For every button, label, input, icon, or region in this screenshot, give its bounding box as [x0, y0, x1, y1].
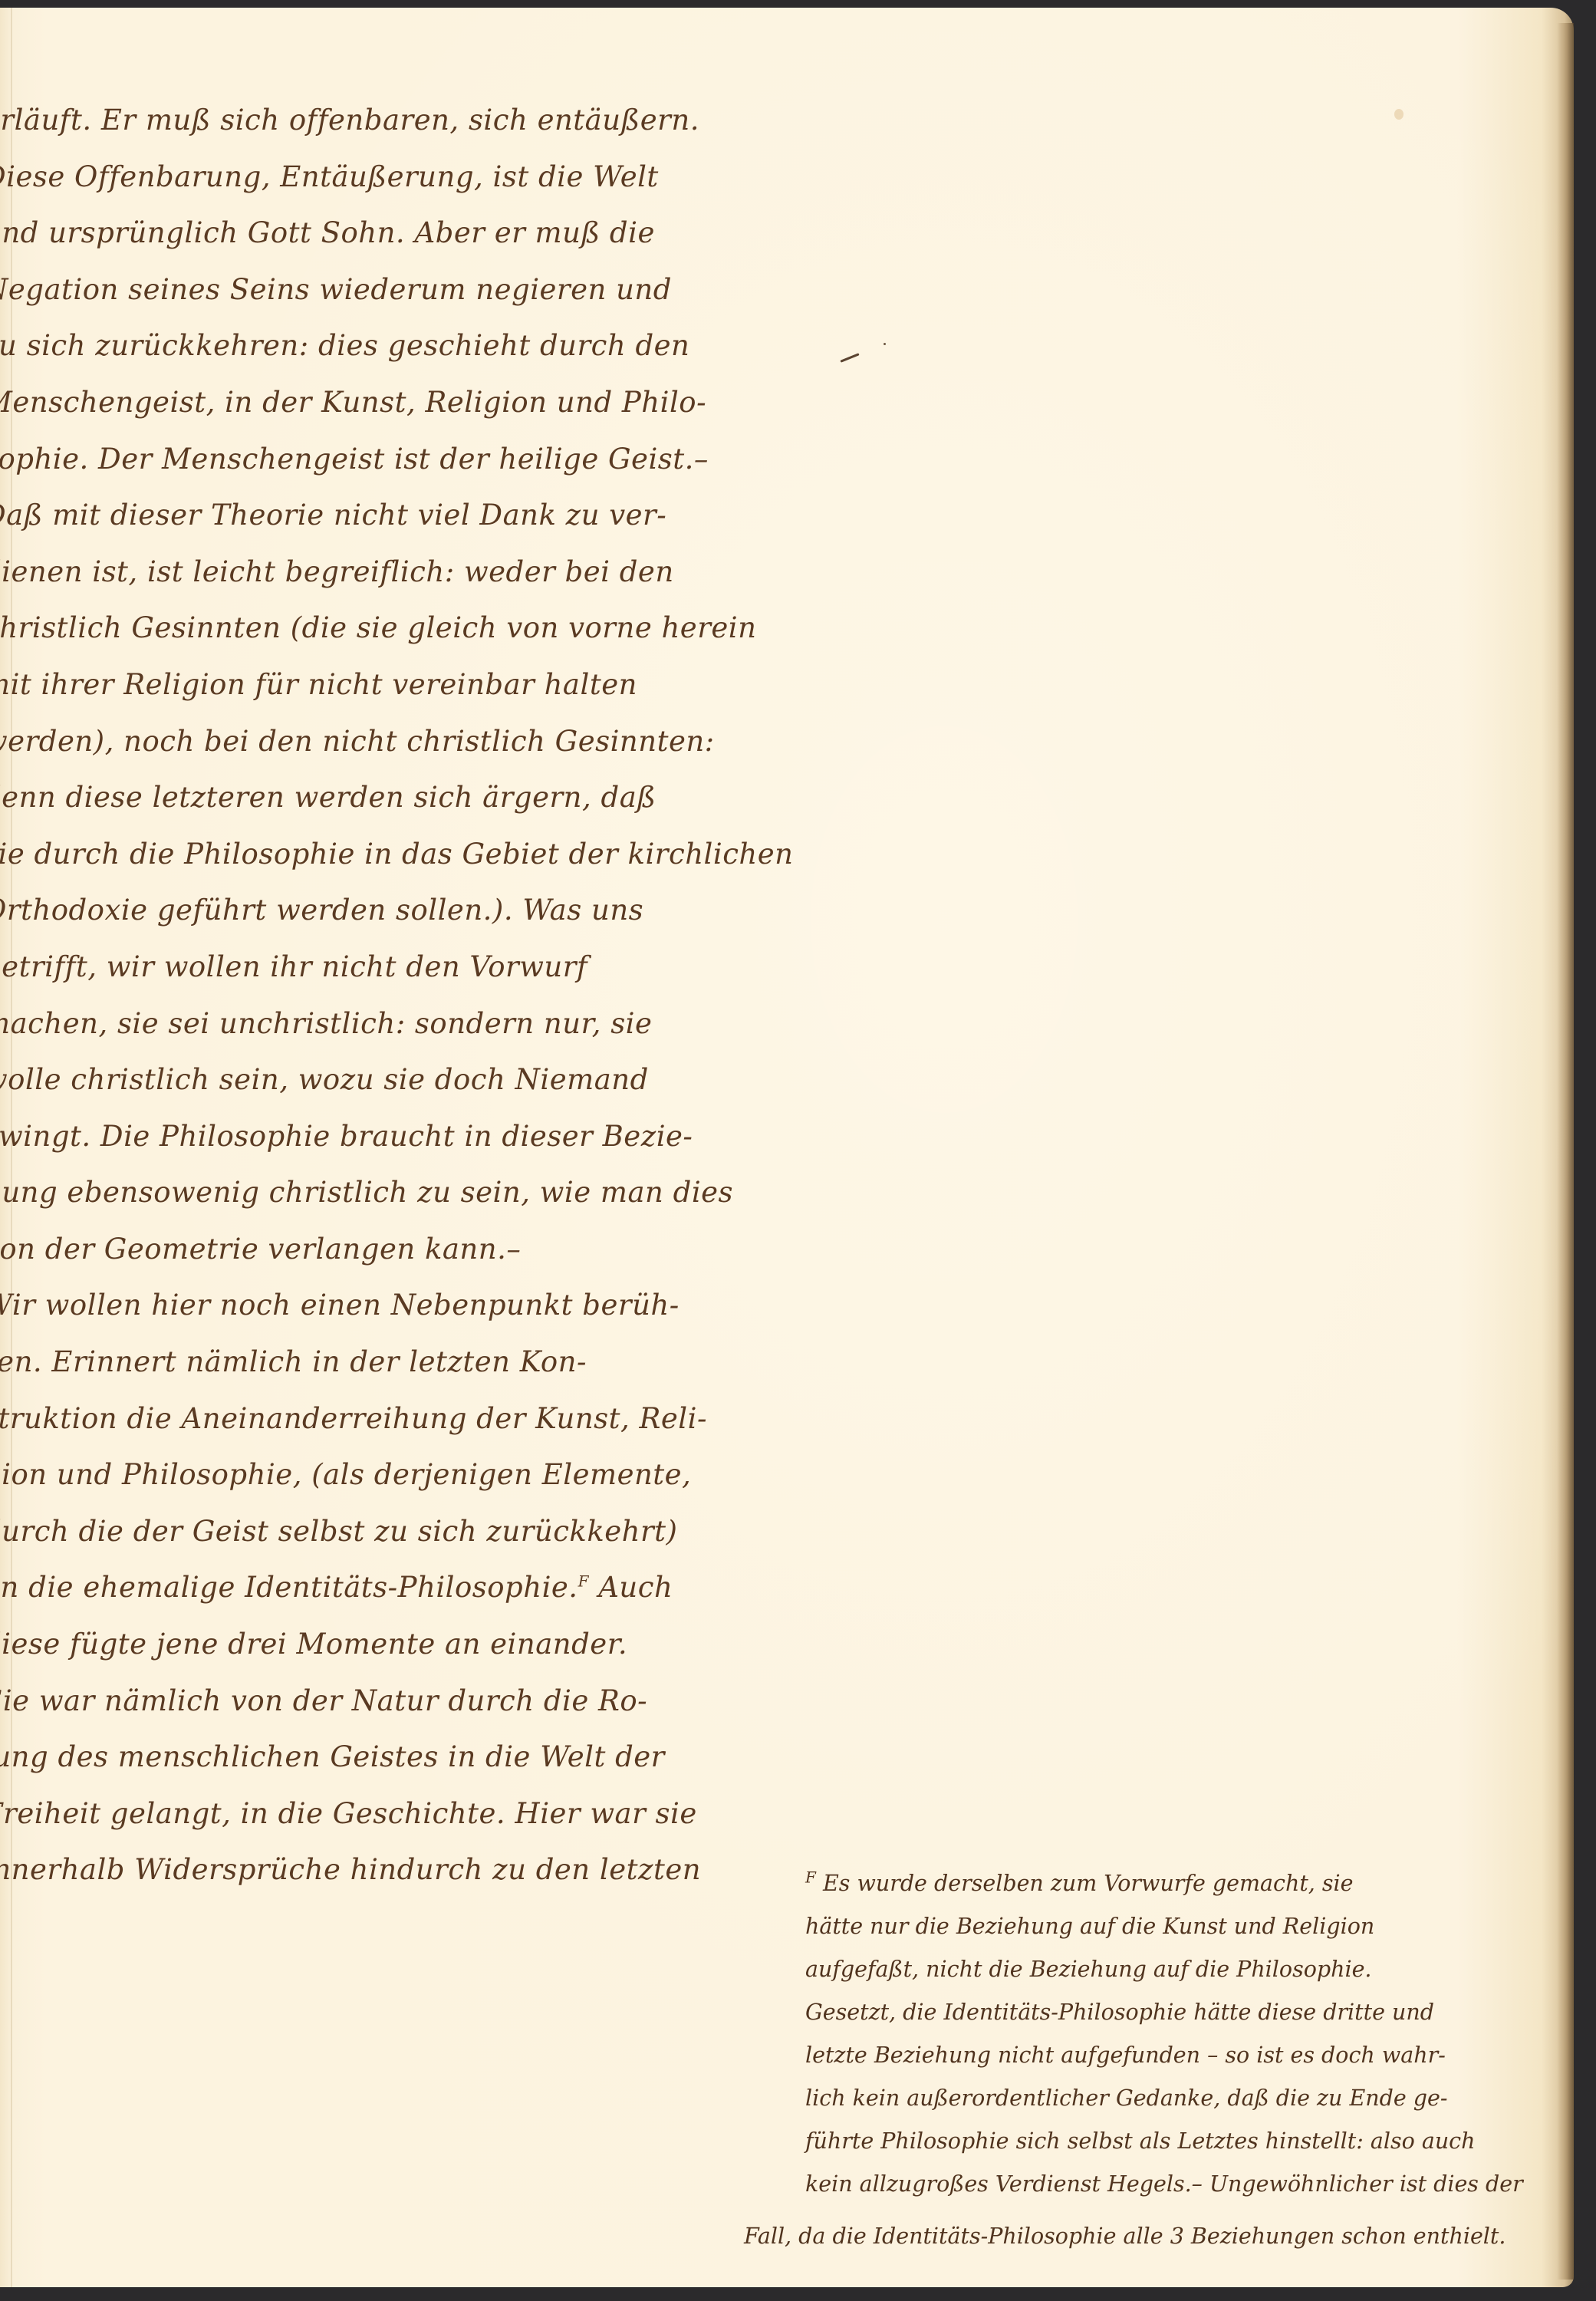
text-line: dienen ist, ist leicht begreiflich: wede…: [0, 544, 842, 601]
text-line: Orthodoxie geführt werden sollen.). Was …: [0, 882, 842, 939]
stray-ink-dot: [884, 343, 886, 345]
foxing-stain: [1394, 109, 1403, 120]
text-line: sophie. Der Menschengeist ist der heilig…: [0, 431, 842, 488]
footnote-line: Gesetzt, die Identitäts-Philosophie hätt…: [805, 1991, 1565, 2034]
text-line: christlich Gesinnten (die sie gleich von…: [0, 600, 842, 657]
footnote-line: lich kein außerordentlicher Gedanke, daß…: [805, 2077, 1565, 2120]
text-line: sie durch die Philosophie in das Gebiet …: [0, 826, 842, 883]
text-line: struktion die Aneinanderreihung der Kuns…: [0, 1391, 842, 1447]
text-line: hung ebensowenig christlich zu sein, wie…: [0, 1164, 842, 1221]
text-line: durch die der Geist selbst zu sich zurüc…: [0, 1503, 842, 1560]
footnote-text: Es wurde derselben zum Vorwurfe gemacht,…: [816, 1871, 1354, 1896]
text-line: ren. Erinnert nämlich in der letzten Kon…: [0, 1334, 842, 1391]
text-line: diese fügte jene drei Momente an einande…: [0, 1616, 842, 1673]
text-line: lung des menschlichen Geistes in die Wel…: [0, 1729, 842, 1786]
text-line: werden), noch bei den nicht christlich G…: [0, 713, 842, 770]
text-line: zwingt. Die Philosophie braucht in diese…: [0, 1108, 842, 1165]
footnote-line: aufgefaßt, nicht die Beziehung auf die P…: [805, 1948, 1565, 1991]
main-text-column: erläuft. Er muß sich offenbaren, sich en…: [0, 92, 842, 1898]
text-line: Wir wollen hier noch einen Nebenpunkt be…: [0, 1277, 842, 1334]
text-line: mit ihrer Religion für nicht vereinbar h…: [0, 657, 842, 713]
footnote-line: F Es wurde derselben zum Vorwurfe gemach…: [805, 1862, 1565, 1905]
text-line: Negation seines Seins wiederum negieren …: [0, 262, 842, 318]
text-line-with-footnote-ref: an die ehemalige Identitäts-Philosophie.…: [0, 1559, 842, 1616]
text-line: innerhalb Widersprüche hindurch zu den l…: [0, 1842, 842, 1898]
footnote-line: letzte Beziehung nicht aufgefunden – so …: [805, 2034, 1565, 2077]
footnote-marker: F: [805, 1868, 816, 1887]
stray-ink-stroke: [840, 353, 859, 363]
text-line: erläuft. Er muß sich offenbaren, sich en…: [0, 92, 842, 149]
text-line: machen, sie sei unchristlich: sondern nu…: [0, 996, 842, 1052]
text-line: zu sich zurückkehren: dies geschieht dur…: [0, 318, 842, 374]
text-line: Diese Offenbarung, Entäußerung, ist die …: [0, 149, 842, 206]
footnote-line: hätte nur die Beziehung auf die Kunst un…: [805, 1905, 1565, 1948]
text-segment: an die ehemalige Identitäts-Philosophie.: [0, 1571, 578, 1604]
footnote-line: kein allzugroßes Verdienst Hegels.– Unge…: [805, 2163, 1565, 2206]
text-line: Freiheit gelangt, in die Geschichte. Hie…: [0, 1786, 842, 1842]
footnote-block: F Es wurde derselben zum Vorwurfe gemach…: [805, 1862, 1565, 2258]
text-line: von der Geometrie verlangen kann.–: [0, 1221, 842, 1278]
text-line: wolle christlich sein, wozu sie doch Nie…: [0, 1052, 842, 1108]
text-line: denn diese letzteren werden sich ärgern,…: [0, 769, 842, 826]
text-line: und ursprünglich Gott Sohn. Aber er muß …: [0, 205, 842, 262]
text-line: Sie war nämlich von der Natur durch die …: [0, 1673, 842, 1730]
text-line: Daß mit dieser Theorie nicht viel Dank z…: [0, 487, 842, 544]
footnote-line: führte Philosophie sich selbst als Letzt…: [805, 2120, 1565, 2163]
text-line: gion und Philosophie, (als derjenigen El…: [0, 1447, 842, 1503]
text-line: betrifft, wir wollen ihr nicht den Vorwu…: [0, 939, 842, 996]
footnote-line: Fall, da die Identitäts-Philosophie alle…: [744, 2215, 1565, 2258]
footnote-reference-marker[interactable]: F: [578, 1572, 589, 1591]
text-segment: Auch: [589, 1571, 673, 1604]
text-line: Menschengeist, in der Kunst, Religion un…: [0, 374, 842, 431]
manuscript-page: erläuft. Er muß sich offenbaren, sich en…: [0, 8, 1574, 2287]
